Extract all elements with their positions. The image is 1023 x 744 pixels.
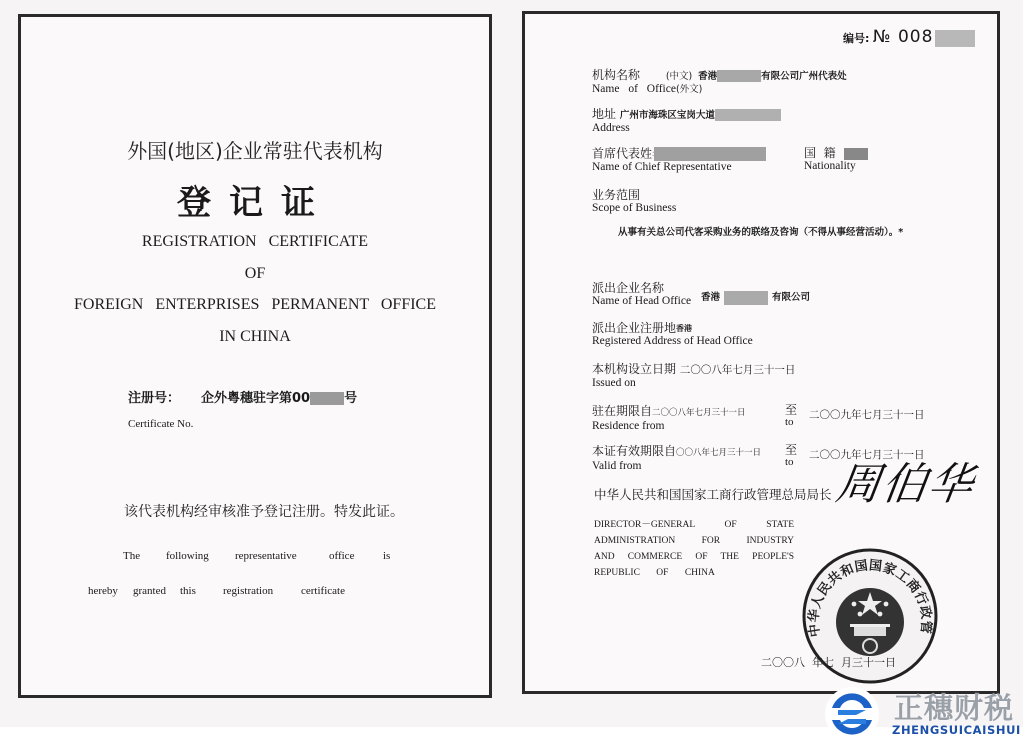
registration-number-value: 企外粤穗驻字第00号: [201, 387, 357, 406]
nationality-label-cn: 国 籍: [804, 146, 836, 160]
statement-en-word: representative: [235, 550, 297, 562]
field-issued-on: 本机构设立日期 二〇〇八年七月三十一日 Issued on: [592, 363, 795, 389]
zhengsui-watermark-logo: 正穗财税 ZHENGSUICAISHUI: [822, 684, 1023, 744]
residence-from-value: 二〇〇八年七月三十一日: [652, 408, 746, 418]
scope-label-cn: 业务范围: [592, 189, 676, 202]
validity-from-value: 〇〇八年七月三十一日: [676, 448, 761, 458]
head-office-label-cn: 派出企业名称: [592, 282, 691, 295]
validity-to-en: to: [785, 456, 797, 468]
field-nationality: 国 籍 Nationality: [804, 147, 868, 172]
field-address: 地址 广州市海珠区宝岗大道 Address: [592, 108, 781, 134]
address-label-en: Address: [592, 122, 781, 134]
residence-to-value: 二〇〇九年七月三十一日: [809, 407, 925, 422]
redacted-block: [654, 147, 766, 161]
office-name-label-en: Name of Office: [592, 83, 676, 95]
registration-number-label: 注册号：: [128, 387, 180, 406]
field-residence-period: 驻在期限自二〇〇八年七月三十一日 Residence from: [592, 405, 746, 432]
validity-label-en: Valid from: [592, 460, 761, 472]
office-name-lang-cn: (中文): [666, 71, 692, 82]
watermark-name-cn: 正穗财税: [894, 686, 1014, 727]
residence-label-cn: 驻在期限自: [592, 404, 652, 418]
registration-number-suffix: 号: [344, 391, 357, 406]
head-office-value: 香港有限公司: [701, 289, 810, 305]
director-title-cn: 中华人民共和国国家工商行政管理总局局长: [594, 485, 832, 503]
field-valid-period: 本证有效期限自〇〇八年七月三十一日 Valid from: [592, 445, 761, 472]
field-head-office-address: 派出企业注册地香港 Registered Address of Head Off…: [592, 322, 753, 347]
title-en-line-4: IN CHINA: [21, 328, 489, 346]
certificate-cover-page: 外国(地区)企业常驻代表机构 登记证 REGISTRATION CERTIFIC…: [18, 14, 492, 698]
serial-number-label: 编号:: [843, 32, 869, 45]
statement-en-word: granted: [133, 585, 166, 597]
statement-en-word: certificate: [301, 585, 345, 597]
office-name-lang-foreign: (外文): [676, 84, 702, 95]
head-office-address-value: 香港: [676, 324, 692, 333]
issued-on-label-en: Issued on: [592, 377, 795, 389]
validity-to-cn: 至: [785, 444, 797, 456]
registration-number-prefix: 企外粤穗驻字第00: [201, 391, 310, 406]
field-office-name: 机构名称 (中文) 香港有限公司广州代表处 Name of Office(外文): [592, 69, 847, 96]
certificate-number-label-en: Certificate No.: [128, 418, 193, 430]
residence-to-en: to: [785, 416, 797, 428]
redacted-block: [310, 392, 344, 405]
redacted-block: [717, 70, 761, 82]
office-name-label-cn: 机构名称: [592, 68, 640, 82]
redacted-block: [724, 291, 768, 305]
issued-on-value: 二〇〇八年七月三十一日: [680, 364, 796, 376]
statement-en-word: is: [383, 550, 390, 562]
residence-to-cn: 至: [785, 404, 797, 416]
office-name-value-suffix: 有限公司广州代表处: [761, 71, 847, 82]
seal-date: 二〇〇八 年七 月三十一日: [761, 654, 896, 670]
title-registration-certificate-cn: 登记证: [21, 175, 489, 224]
title-en-line-3: FOREIGN ENTERPRISES PERMANENT OFFICE: [21, 296, 489, 314]
title-en-line-2: OF: [21, 265, 489, 283]
redacted-block: [715, 109, 781, 121]
scope-value: 从事有关总公司代客采购业务的联络及咨询（不得从事经营活动）。*: [618, 224, 903, 238]
address-label-cn: 地址: [592, 107, 616, 121]
issued-on-label-cn: 本机构设立日期: [592, 362, 676, 376]
address-value: 广州市海珠区宝岗大道: [620, 110, 715, 121]
field-scope-of-business: 业务范围 Scope of Business: [592, 189, 676, 214]
redacted-block: [844, 148, 868, 160]
nationality-label-en: Nationality: [804, 160, 868, 172]
serial-number-value: № 008: [873, 27, 934, 47]
field-head-office-name: 派出企业名称 Name of Head Office: [592, 282, 691, 307]
head-office-address-label-cn: 派出企业注册地: [592, 321, 676, 335]
serial-number: 编号: № 008: [843, 27, 975, 47]
statement-cn: 该代表机构经审核准予登记注册。特发此证。: [124, 501, 404, 521]
head-office-address-label-en: Registered Address of Head Office: [592, 335, 753, 347]
residence-label-en: Residence from: [592, 420, 746, 432]
title-cn: 外国(地区)企业常驻代表机构: [21, 135, 489, 164]
scope-label-en: Scope of Business: [592, 202, 676, 214]
statement-en-word: office: [329, 550, 354, 562]
statement-en-word: following: [166, 550, 209, 562]
redacted-block: [935, 30, 975, 47]
director-title-en: DIRECTOR－GENERAL OF STATE ADMINISTRATION…: [594, 517, 794, 581]
statement-en-word: hereby: [88, 585, 118, 597]
validity-label-cn: 本证有效期限自: [592, 444, 676, 458]
head-office-label-en: Name of Head Office: [592, 295, 691, 307]
statement-en-word: The: [123, 550, 140, 562]
office-name-value-prefix: 香港: [698, 71, 717, 82]
statement-en-word: registration: [223, 585, 273, 597]
certificate-details-page: 编号: № 008 机构名称 (中文) 香港有限公司广州代表处 Name of …: [522, 11, 1000, 694]
head-office-value-suffix: 有限公司: [772, 292, 810, 303]
zhengsui-logo-icon: [824, 686, 880, 742]
chief-rep-label-en: Name of Chief Representative: [592, 161, 766, 173]
head-office-value-prefix: 香港: [701, 292, 720, 303]
validity-to: 至 to: [785, 444, 797, 468]
field-chief-representative: 首席代表姓名 Name of Chief Representative: [592, 147, 766, 173]
residence-to: 至 to: [785, 404, 797, 428]
statement-en-word: this: [180, 585, 196, 597]
title-en-line-1: REGISTRATION CERTIFICATE: [21, 233, 489, 251]
watermark-name-en: ZHENGSUICAISHUI: [892, 723, 1021, 737]
director-signature: 周伯华: [833, 448, 980, 512]
